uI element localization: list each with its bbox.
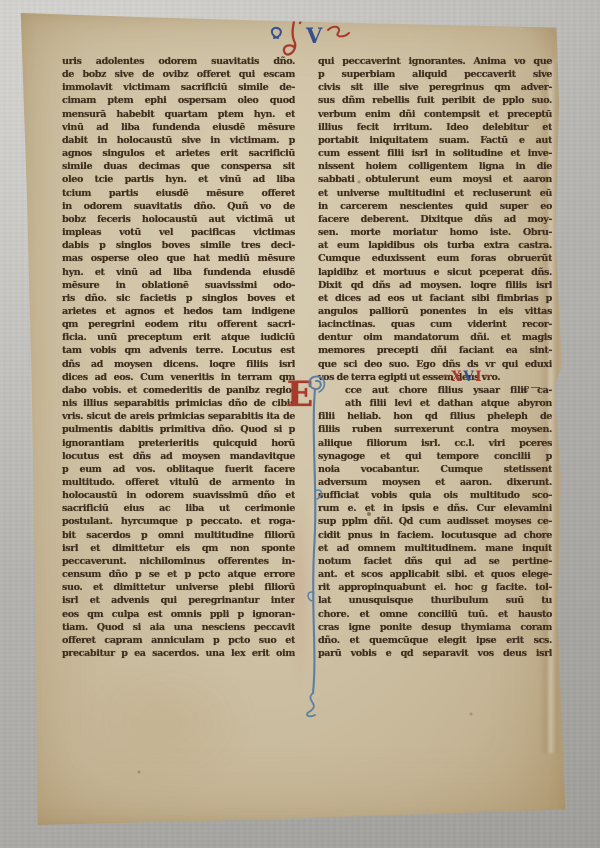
chapter-letter: V xyxy=(463,369,475,385)
manuscript-line: lapidibz et mortuus e sicut pceperat dñs… xyxy=(318,266,552,279)
manuscript-line: synagoge et qui tempore concilii p xyxy=(318,450,552,463)
manuscript-line: vris. sicut de areis primicias separabit… xyxy=(62,410,295,423)
manuscript-line: Dixit qd dñs ad moysen. loqre filiis isr… xyxy=(318,279,552,292)
manuscript-line: adversum moysen et aaron. dixerunt. xyxy=(318,476,552,489)
manuscript-line: uris adolentes odorem suavitatis dño. xyxy=(62,55,295,68)
manuscript-line: impleas votū vel pacificas victimas xyxy=(62,226,295,239)
manuscript-line: censum dño p se et p pcto atque errore xyxy=(62,568,295,581)
manuscript-line: ignorantiam preterieritis quicquid horū xyxy=(62,437,295,450)
mottling-stain xyxy=(78,653,258,793)
manuscript-line: sus dñm rebellis fuit peribit de pplo su… xyxy=(318,94,552,107)
manuscript-line: multitudo. offeret vitulū de armento in xyxy=(62,476,295,489)
ink-specks xyxy=(18,13,20,15)
manuscript-line: dentur oim mandatorum dñi. et magis xyxy=(318,331,552,344)
manuscript-line: offeret capram anniculam p pcto suo et xyxy=(62,634,295,647)
manuscript-line: dño. et quemcūque elegit ipse erit scs. xyxy=(318,634,552,647)
manuscript-line: agnos singulos et arietes erit sacrifici… xyxy=(62,147,295,160)
manuscript-line: sen. morte moriatur homo iste. Obru- xyxy=(318,226,552,239)
manuscript-line: vinū ad liba fundenda eiusdē mēsure xyxy=(62,121,295,134)
manuscript-line: cum essent filii isrl in solitudine et i… xyxy=(318,147,552,160)
manuscript-line: suo. et dimittetur universe plebi filior… xyxy=(62,581,295,594)
manuscript-line: sup pplm dñi. Qd cum audisset moyses ce- xyxy=(318,515,552,528)
text-column-left: uris adolentes odorem suavitatis dño.de … xyxy=(62,55,295,661)
running-title-red-letter-icon xyxy=(284,19,301,55)
manuscript-line: filiis ruben surrexerunt contra moysen. xyxy=(318,423,552,436)
manuscript-line: dabis p singlos boves simile tres deci- xyxy=(62,239,295,252)
manuscript-line: oleo tcie partis hyn. et vinū ad liba xyxy=(62,173,295,186)
manuscript-line: tcium partis eiusdē mēsure offeret xyxy=(62,187,295,200)
manuscript-line: mēsure in oblationē suavissimi odo- xyxy=(62,279,295,292)
manuscript-line: et universe multitudini et recluserunt e… xyxy=(318,187,552,200)
manuscript-line: illius fecit irritum. Ideo delebitur et xyxy=(318,121,552,134)
manuscript-line: vos de terra egipti ut essem deus vro. xyxy=(318,371,552,384)
manuscript-line: memores precepti dñi faciant ea sint- xyxy=(318,344,552,357)
corner-fold xyxy=(510,13,564,59)
manuscript-line: portabit iniquitatem suam. Factū e aut xyxy=(318,134,552,147)
manuscript-line: peccaverunt. nichilominus offerentes in- xyxy=(62,555,295,568)
manuscript-line: postulant. hyrcumque p peccato. et roga- xyxy=(62,515,295,528)
manuscript-line: et dices ad eos ut faciant sibi fimbrias… xyxy=(318,292,552,305)
chapter-prefix-flourish: ~ xyxy=(442,369,451,382)
manuscript-line: in carcerem nescientes quid super eo xyxy=(318,200,552,213)
manuscript-line: sacrificiū eius ac liba ut cerimonie xyxy=(62,502,295,515)
manuscript-line: Cumque eduxissent eum foras obruerūt xyxy=(318,252,552,265)
manuscript-line: at eum lapidibus ois turba extra castra. xyxy=(318,239,552,252)
manuscript-line: dices ad eos. Cum veneritis in terram qm xyxy=(62,371,295,384)
manuscript-line: sabbati obtulerunt eum moysi et aaron xyxy=(318,173,552,186)
manuscript-line: parū vobis e qd separavit vos deus isrl xyxy=(318,647,552,660)
manuscript-line: simile duas decimas que conspersa sit xyxy=(62,160,295,173)
manuscript-line: immolavit victimam sacrificiū simile de- xyxy=(62,81,295,94)
chapter-letter: X xyxy=(451,369,463,385)
manuscript-line: rum e. et in ipsis e dñs. Cur elevamini xyxy=(318,502,552,515)
manuscript-line: lat unusquisque thuribulum suū tu xyxy=(318,594,552,607)
manuscript-line: nissent hoiem colligentem ligna in die xyxy=(318,160,552,173)
manuscript-line: p superbiam aliquid peccaverit sive xyxy=(318,68,552,81)
manuscript-line: holocaustū in odorem suavissimū dño et xyxy=(62,489,295,502)
manuscript-line: ant. et scos applicabit sibi. et quos el… xyxy=(318,568,552,581)
manuscript-line: ficia. unū preceptum erit atque iudiciū xyxy=(62,331,295,344)
manuscript-line: p eum ad vos. oblitaque fuerit facere xyxy=(62,463,295,476)
manuscript-line: facere deberent. Dixitque dñs ad moy- xyxy=(318,213,552,226)
manuscript-line: precabitur p ea sacerdos. una lex erit o… xyxy=(62,647,295,660)
manuscript-line: et ad omnem multitudinem. mane inquit xyxy=(318,542,552,555)
manuscript-line: filii heliab. hon qd filius pheleph de xyxy=(318,410,552,423)
margin-annotation: e xyxy=(523,382,540,395)
manuscript-line: chore. et omne conciliū tuū. et hausto xyxy=(318,608,552,621)
chapter-number: ~XVI~ xyxy=(442,369,492,385)
manuscript-line: sufficiat vobis quia ois multitudo sco- xyxy=(318,489,552,502)
manuscript-line: civis sit ille sive peregrinus qm adver- xyxy=(318,81,552,94)
manuscript-line: que sci deo suo. Ego dñs ds vr qui eduxi xyxy=(318,358,552,371)
manuscript-line: ath filii levi et dathan atque abyron xyxy=(318,397,552,410)
manuscript-line: notum faciet dñs qui ad se pertine- xyxy=(318,555,552,568)
manuscript-line: pulmentis dabitis primitiva dño. Quod si… xyxy=(62,423,295,436)
manuscript-line: dabit in holocaustū sive in victimam. p xyxy=(62,134,295,147)
manuscript-line: de bobz sive de ovibz offeret qui escam xyxy=(62,68,295,81)
manuscript-line: tiam. Quod si aia una nesciens peccavit xyxy=(62,621,295,634)
manuscript-line: cidit pnus in faciem. locutusque ad chor… xyxy=(318,529,552,542)
photo-background: V uris adolentes odorem suavitatis dño.d… xyxy=(0,0,600,848)
chapter-suffix-flourish: ~ xyxy=(483,369,492,382)
manuscript-line: mas osperse oleo que hat mediū mēsure xyxy=(62,252,295,265)
manuscript-line: mensurā habebit quartam ptem hyn. et xyxy=(62,108,295,121)
manuscript-line: qui peccaverint ignorantes. Anima vo que xyxy=(318,55,552,68)
manuscript-line: qm peregrini eodem ritu offerent sacri- xyxy=(62,318,295,331)
manuscript-line: cras igne ponite desup thymiama coram xyxy=(318,621,552,634)
manuscript-leaf: V uris adolentes odorem suavitatis dño.d… xyxy=(18,13,568,825)
manuscript-line: isrl et advenis qui peregrinantur inter xyxy=(62,594,295,607)
manuscript-line: hyn. et vinū ad liba fundenda eiusdē xyxy=(62,266,295,279)
manuscript-line: iacinctinas. quas cum viderint recor- xyxy=(318,318,552,331)
manuscript-line: bobz feceris holocaustū aut victimā ut xyxy=(62,213,295,226)
manuscript-line: rit appropinquabunt ei. hoc g facite. to… xyxy=(318,581,552,594)
text-column-right: qui peccaverint ignorantes. Anima vo que… xyxy=(318,55,552,661)
manuscript-line: in odorem suavitatis dño. Quñ vo de xyxy=(62,200,295,213)
running-title-red-end-curl-icon xyxy=(328,27,349,37)
manuscript-line: cce aut chore filius ysaar filii ca- xyxy=(318,384,552,397)
running-title-letter-v: V xyxy=(305,23,323,48)
manuscript-line: bit sacerdos p omni multitudine filiorū xyxy=(62,529,295,542)
manuscript-line: dabo vobis. et comederitis de panibz reg… xyxy=(62,384,295,397)
pen-flourish-icon xyxy=(300,371,330,721)
manuscript-line: cimam ptem ephi ospersam oleo quod xyxy=(62,94,295,107)
manuscript-line: verbum enim dñi contempsit et preceptū xyxy=(318,108,552,121)
chapter-letter: I xyxy=(475,369,483,385)
manuscript-line: eos qm culpa est omnis ppli p ignoran- xyxy=(62,608,295,621)
manuscript-line: nis illius separabitis primicias dño de … xyxy=(62,397,295,410)
manuscript-line: dñs ad moysen dicens. loqre filiis isrl xyxy=(62,358,295,371)
manuscript-line: noia vocabantur. Cumque stetissent xyxy=(318,463,552,476)
manuscript-line: isrl et dimittetur eis qm non sponte xyxy=(62,542,295,555)
manuscript-line: ris dño. sic facietis p singlos boves et xyxy=(62,292,295,305)
manuscript-line: arietes et agnos et hedos tam indigene xyxy=(62,305,295,318)
manuscript-line: tam vobis qm advenis terre. Locutus est xyxy=(62,344,295,357)
manuscript-line: locutus est dñs ad moysen mandavitque xyxy=(62,450,295,463)
manuscript-line: aliique filiorum isrl. cc.l. viri pceres xyxy=(318,437,552,450)
manuscript-line: angulos palliorū ponentes in eis vittas xyxy=(318,305,552,318)
running-title-blue-curl-icon xyxy=(272,28,281,38)
